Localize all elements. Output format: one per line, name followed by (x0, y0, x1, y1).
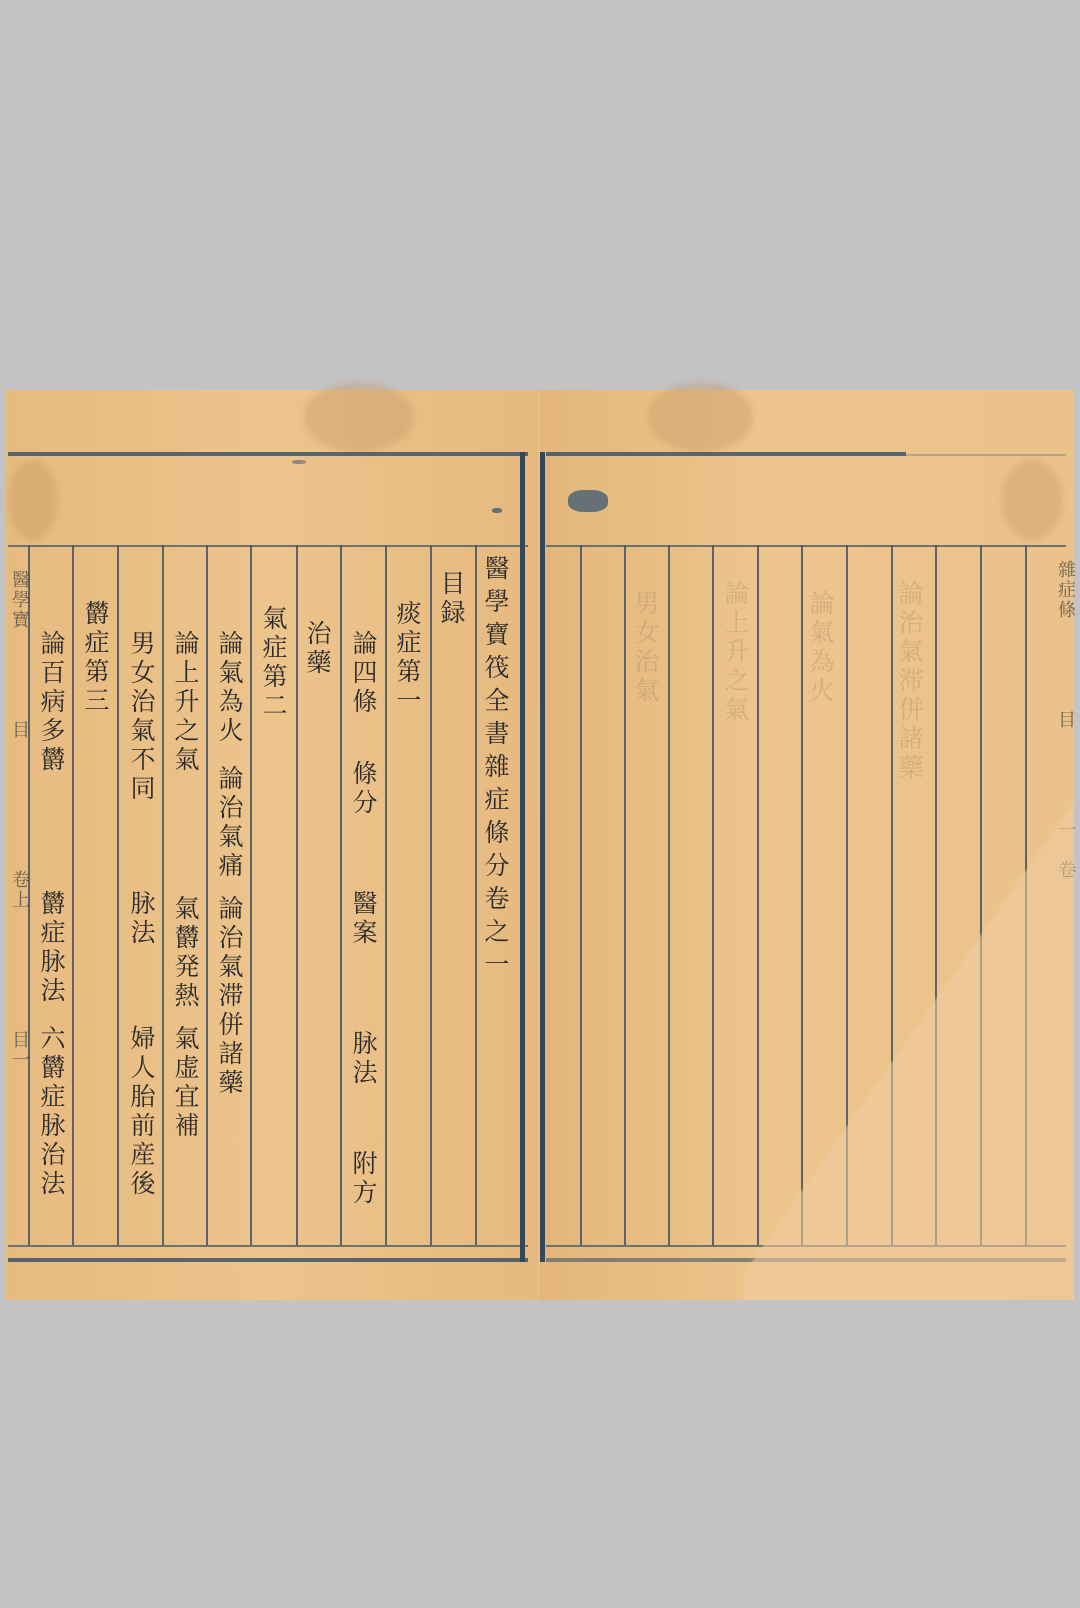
left-page: 醫學寶 目 卷上 目一 醫學寶筏全書雜症條分卷之一 目録 痰症第一 論四條 條分… (6, 390, 538, 1300)
top-border-faded (906, 454, 1066, 456)
section-heading: 目録 (436, 570, 466, 628)
toc-entry: 論治氣痛 (214, 765, 244, 881)
toc-entry: 脉法 (348, 1030, 378, 1088)
show-through-text: 男女治氣 (630, 590, 660, 706)
column-rule (430, 545, 432, 1245)
toc-entry: 氣欝発熱 (170, 895, 200, 1011)
folded-page-corner (744, 780, 1074, 1300)
toc-entry: 治藥 (302, 620, 332, 678)
water-stain (648, 382, 753, 452)
column-rule (296, 545, 298, 1245)
spine-border (520, 452, 525, 1262)
margin-label: 目 (6, 720, 32, 740)
top-border-line (8, 452, 528, 456)
ink-blot (568, 490, 608, 512)
ink-mark (492, 508, 502, 513)
margin-label: 醫學寶 (6, 570, 32, 630)
column-rule (72, 545, 74, 1245)
toc-entry: 六欝症脉治法 (36, 1025, 66, 1199)
toc-entry: 條分 (348, 760, 378, 818)
margin-label: 卷上 (6, 870, 32, 910)
margin-label: 目 (1052, 710, 1078, 730)
bottom-border-line (8, 1258, 528, 1262)
column-rule (206, 545, 208, 1245)
column-rule (668, 545, 670, 1245)
spine-border (540, 452, 545, 1262)
toc-entry: 脉法 (126, 890, 156, 948)
toc-entry: 論上升之氣 (170, 630, 200, 775)
toc-entry: 氣虚宜補 (170, 1025, 200, 1141)
toc-entry: 欝症脉法 (36, 890, 66, 1006)
column-rule (162, 545, 164, 1245)
column-rule (250, 545, 252, 1245)
column-rule (385, 545, 387, 1245)
book-spread: 醫學寶 目 卷上 目一 醫學寶筏全書雜症條分卷之一 目録 痰症第一 論四條 條分… (6, 390, 1074, 1300)
water-stain (304, 382, 414, 452)
bottom-rule (8, 1245, 528, 1247)
show-through-text: 論氣為火 (805, 590, 835, 706)
toc-entry: 婦人胎前産後 (126, 1025, 156, 1199)
show-through-text: 論上升之氣 (720, 580, 750, 725)
column-rule (340, 545, 342, 1245)
right-page: 論治氣滞併諸藥 論氣為火 論上升之氣 男女治氣 雜症條 目 一 卷 (540, 390, 1074, 1300)
toc-entry: 論氣為火 (214, 630, 244, 746)
column-rule (712, 545, 714, 1245)
ink-blot (292, 460, 306, 464)
column-rule (580, 545, 582, 1245)
book-title: 醫學寶筏全書雜症條分卷之一 (480, 555, 510, 984)
header-rule (8, 545, 528, 547)
margin-label: 目一 (6, 1030, 32, 1070)
toc-entry: 男女治氣不同 (126, 630, 156, 804)
show-through-text: 論治氣滞併諸藥 (894, 580, 924, 783)
column-rule (624, 545, 626, 1245)
top-border-line (546, 452, 906, 456)
column-rule (475, 545, 477, 1245)
chapter-heading-1: 痰症第一 (392, 600, 422, 716)
toc-entry: 論治氣滞併諸藥 (214, 895, 244, 1098)
chapter-heading-2: 氣症第二 (258, 605, 288, 721)
margin-label: 雜症條 (1052, 560, 1078, 620)
water-stain (8, 460, 58, 540)
water-stain (1002, 460, 1062, 540)
toc-entry: 醫案 (348, 890, 378, 948)
toc-entry: 論四條 (348, 630, 378, 717)
toc-entry: 附方 (348, 1150, 378, 1208)
toc-entry: 論百病多欝 (36, 630, 66, 775)
chapter-heading-3: 欝症第三 (80, 600, 110, 716)
column-rule (117, 545, 119, 1245)
